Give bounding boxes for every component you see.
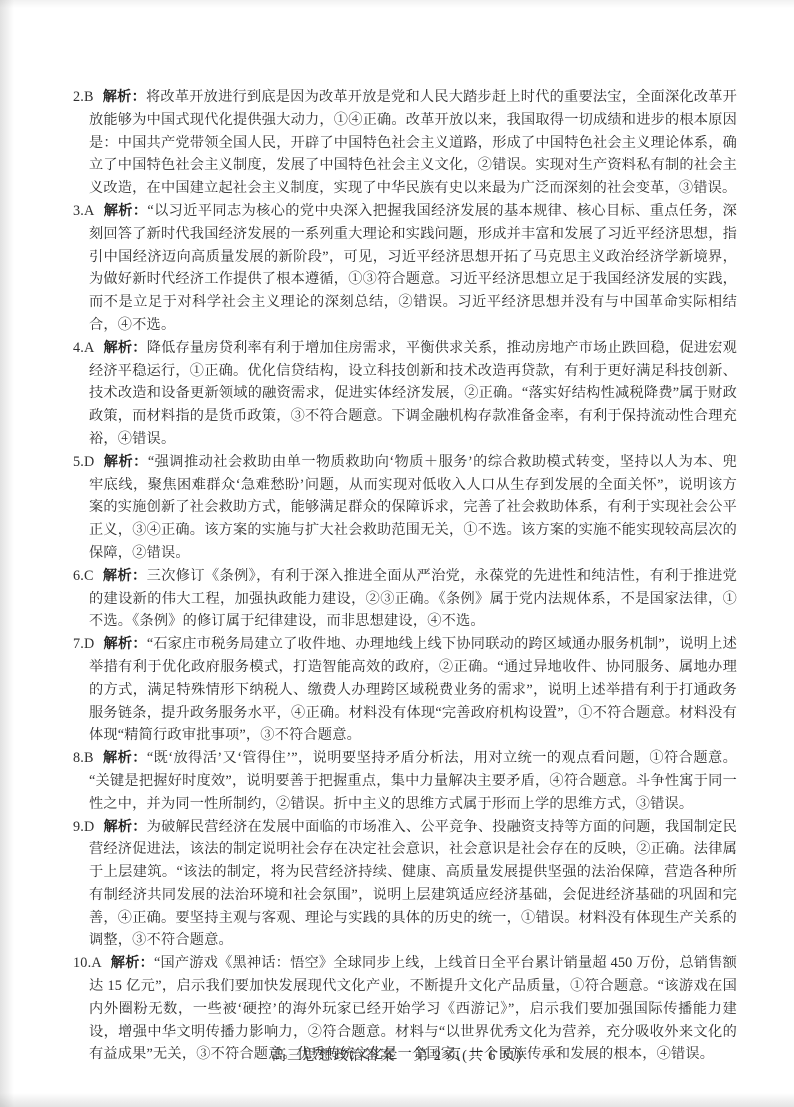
analysis-text: “石家庄市税务局建立了收件地、办理地线上线下协同联动的跨区域通办服务机制”，说明…: [89, 636, 737, 743]
answer-item-q4: 4.A解析：降低存量房贷利率有利于增加住房需求，平衡供求关系，推动房地产市场止跌…: [73, 337, 737, 451]
scan-edge-left: [0, 0, 14, 1107]
analysis-text: 将改革开放进行到底是因为改革开放是党和人民大踏步赶上时代的重要法宝，全面深化改革…: [89, 89, 737, 196]
answer-item-q7: 7.D解析：“石家庄市税务局建立了收件地、办理地线上线下协同联动的跨区域通办服务…: [73, 633, 737, 747]
question-number-answer: 3.A: [73, 203, 95, 219]
question-number-answer: 5.D: [73, 454, 95, 470]
analysis-label: 解析：: [111, 955, 154, 971]
analysis-label: 解析：: [103, 750, 147, 766]
analysis-text: “既‘放得活’又‘管得住’”，说明要坚持矛盾分析法，用对立统一的观点看问题，①符…: [89, 750, 737, 812]
answer-item-q6: 6.C解析：三次修订《条例》，有利于深入推进全面从严治党，永葆党的先进性和纯洁性…: [73, 565, 737, 633]
analysis-label: 解析：: [104, 203, 148, 219]
answer-item-q8: 8.B解析：“既‘放得活’又‘管得住’”，说明要坚持矛盾分析法，用对立统一的观点…: [73, 747, 737, 815]
analysis-text: “以习近平同志为核心的党中央深入把握我国经济发展的基本规律、核心目标、重点任务，…: [89, 203, 737, 333]
scanned-answer-page: 2.B解析：将改革开放进行到底是因为改革开放是党和人民大踏步赶上时代的重要法宝，…: [0, 0, 794, 1107]
footer-page-number: 第 2 页(共 6 页): [414, 1048, 523, 1064]
answer-item-q2: 2.B解析：将改革开放进行到底是因为改革开放是党和人民大踏步赶上时代的重要法宝，…: [73, 86, 737, 200]
analysis-label: 解析：: [104, 340, 147, 356]
scan-edge-bottom: [0, 1093, 794, 1107]
analysis-label: 解析：: [104, 819, 147, 835]
question-number-answer: 2.B: [73, 89, 94, 105]
page-footer: 高三思想政治答案第 2 页(共 6 页): [0, 1044, 794, 1065]
question-number-answer: 4.A: [73, 340, 95, 356]
analysis-text: 为破解民营经济在发展中面临的市场准入、公平竞争、投融资支持等方面的问题，我国制定…: [89, 819, 737, 949]
question-number-answer: 8.B: [73, 750, 94, 766]
question-number-answer: 6.C: [73, 568, 94, 584]
footer-doc-title: 高三思想政治答案: [272, 1048, 396, 1064]
question-number-answer: 10.A: [73, 955, 102, 971]
question-number-answer: 7.D: [73, 636, 95, 652]
answer-item-q5: 5.D解析：“强调推动社会救助由单一物质救助向‘物质＋服务’的综合救助模式转变，…: [73, 451, 737, 565]
scan-edge-top: [0, 0, 794, 8]
question-number-answer: 9.D: [73, 819, 95, 835]
analysis-text: 降低存量房贷利率有利于增加住房需求，平衡供求关系，推动房地产市场止跌回稳，促进宏…: [89, 340, 737, 447]
analysis-label: 解析：: [104, 636, 147, 652]
answer-item-q9: 9.D解析：为破解民营经济在发展中面临的市场准入、公平竞争、投融资支持等方面的问…: [73, 816, 737, 953]
analysis-text: 三次修订《条例》，有利于深入推进全面从严治党，永葆党的先进性和纯洁性，有利于推进…: [89, 568, 737, 630]
analysis-label: 解析：: [103, 568, 147, 584]
analysis-text: “强调推动社会救助由单一物质救助向‘物质＋服务’的综合救助模式转变，坚持以人为本…: [89, 454, 737, 561]
answers-list: 2.B解析：将改革开放进行到底是因为改革开放是党和人民大踏步赶上时代的重要法宝，…: [73, 86, 737, 1066]
analysis-label: 解析：: [103, 89, 146, 105]
answer-item-q3: 3.A解析：“以习近平同志为核心的党中央深入把握我国经济发展的基本规律、核心目标…: [73, 200, 737, 337]
analysis-label: 解析：: [104, 454, 148, 470]
